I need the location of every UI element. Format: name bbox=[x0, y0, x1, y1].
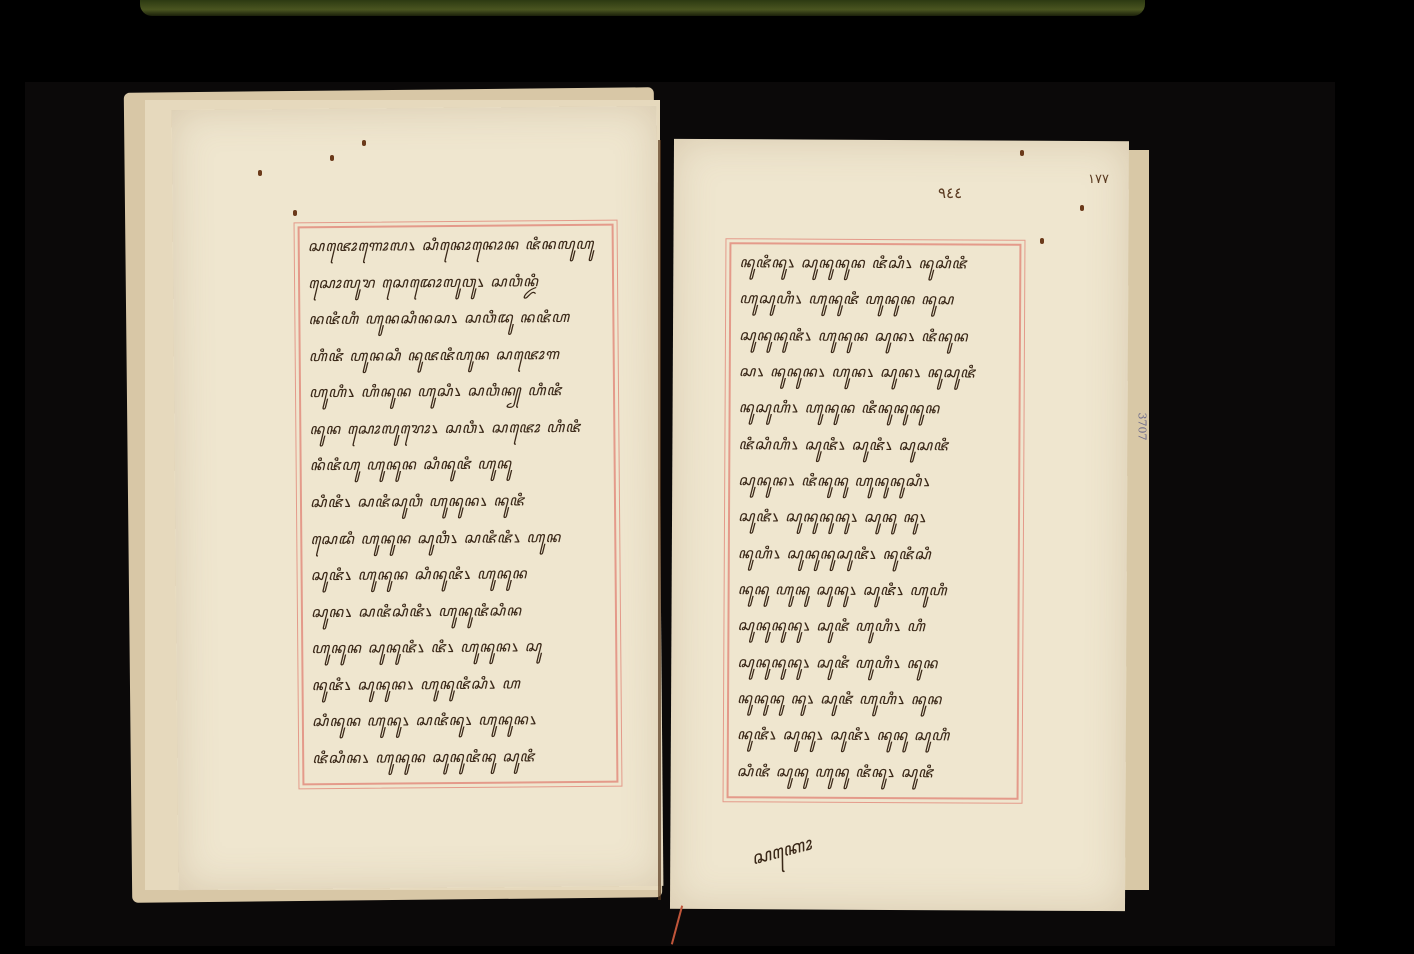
text-line: ꦤꦸꦗꦶ꧈ ꦱꦸꦤꦸ꧈ ꦱꦸꦗꦶ꧈ ꦤꦸꦤꦸ ꦱꦸꦲꦶ bbox=[737, 723, 1009, 755]
text-line: ꦗꦶꦱꦶꦲꦶ꧈ ꦱꦸꦗꦶ꧈ ꦱꦸꦗꦶ꧈ ꦱꦸꦱꦗꦶ bbox=[738, 432, 1010, 464]
text-line: ꦱꦸꦤꦸꦤꦸꦗꦶ꧈ ꦲꦸꦤꦸꦤ ꦱꦸꦤ꧈ ꦗꦶꦤꦸꦤ bbox=[739, 323, 1011, 355]
text-line: ꦤꦶꦗꦶꦲꦸ ꦲꦸꦤꦸꦤ ꦱꦶꦤꦸꦗꦶ ꦲꦸꦤꦸ bbox=[310, 451, 606, 485]
text-line: ꦤꦸꦗꦶꦤꦸ꧈ ꦱꦸꦤꦸꦤꦸꦤ ꦗꦶꦱꦶ꧈ ꦤꦸꦱꦶꦗꦶ bbox=[739, 250, 1011, 282]
text-line: ꦤꦸꦤꦸꦤꦸ ꦤꦸ꧈ ꦱꦸꦗꦶ ꦲꦸꦲꦶ꧈ ꦤꦸꦤ bbox=[737, 686, 1009, 718]
text-line: ꦱꦺꦴꦭꦸꦫ ꦱꦺꦢꦺꦴꦭꦸꦮꦸ꧈ ꦱꦮꦶꦤ꧀ꦢꦶ bbox=[308, 268, 604, 302]
ink-spot bbox=[1040, 238, 1044, 244]
text-line: ꦱꦶꦗꦶ ꦱꦸꦤꦸ ꦲꦸꦤꦸ ꦗꦶꦤꦸ꧈ ꦱꦸꦗꦶ bbox=[737, 759, 1009, 791]
text-line: ꦲꦸꦤꦸꦤ ꦱꦸꦤꦸꦗꦶ꧈ ꦗꦶ꧈ ꦲꦸꦤꦸꦤ꧈ ꦱꦸ bbox=[311, 634, 607, 668]
text-line: ꦲꦸꦱꦸꦲꦶ꧈ ꦲꦸꦤꦸꦗꦶ ꦲꦸꦤꦸꦤ ꦤꦸꦱ bbox=[739, 287, 1011, 319]
text-line: ꦤꦸꦤꦸ ꦲꦸꦤꦸ ꦱꦸꦤꦸ꧈ ꦱꦸꦗꦶ꧈ ꦲꦸꦲꦶ bbox=[738, 577, 1010, 609]
text-line: ꦗꦶꦱꦶꦤ꧈ ꦲꦸꦤꦸꦤ ꦱꦸꦤꦸꦗꦶꦤꦸ ꦱꦸꦗꦶ bbox=[312, 744, 608, 778]
text-line: ꦱ꧈ ꦤꦸꦤꦸꦤ꧈ ꦲꦸꦤ꧈ ꦱꦸꦤ꧈ ꦤꦸꦱꦸꦗꦶ bbox=[739, 359, 1011, 391]
ink-spot bbox=[330, 155, 334, 161]
text-line: ꦱꦸꦤꦸꦤꦸꦤꦸ꧈ ꦱꦸꦗꦶ ꦲꦸꦲꦶ꧈ ꦤꦸꦤ bbox=[737, 650, 1009, 682]
text-line: ꦱꦶꦤꦸꦤ ꦲꦸꦤꦸ꧈ ꦱꦗꦶꦤꦸ꧈ ꦲꦸꦤꦸꦤ꧈ bbox=[312, 707, 608, 741]
ink-spot bbox=[1020, 150, 1024, 156]
folio-number: ٩٤٤ bbox=[938, 184, 962, 202]
text-line: ꦱꦸꦗꦶ꧈ ꦱꦸꦤꦸꦤꦸꦤꦸ꧈ ꦱꦸꦤꦸ ꦤꦸ꧈ bbox=[738, 505, 1010, 537]
text-line: ꦤꦸꦗꦶ꧈ ꦱꦸꦤꦸꦤ꧈ ꦲꦸꦤꦸꦗꦶꦱꦶ꧈ ꦲ bbox=[311, 670, 607, 704]
ink-spot bbox=[1080, 205, 1084, 211]
text-line: ꦤꦸꦱꦸꦲꦶ꧈ ꦲꦸꦤꦸꦤ ꦗꦶꦤꦸꦤꦸꦤꦸꦤ bbox=[738, 396, 1010, 428]
text-line: ꦱꦶꦗꦶ꧈ ꦱꦗꦶꦱꦸꦮꦶ ꦲꦸꦤꦸꦤ꧈ ꦤꦸꦗꦶ bbox=[310, 488, 606, 522]
text-line: ꦤꦗꦶꦲꦶ ꦲꦸꦤꦱꦶꦤꦱ꧈ ꦱꦮꦶꦢꦸ ꦤꦗꦶꦲ bbox=[308, 305, 604, 339]
left-text-block: ꦱꦗꦺꦴꦒꦺꦴꦭ꧈ ꦱꦶꦤꦺꦴꦤꦺꦴꦤ ꦗꦶꦤꦭꦸꦲꦸ ꦱꦺꦴꦭꦸꦫ ꦱꦺꦢꦺꦴ… bbox=[298, 224, 619, 786]
text-line: ꦲꦶꦗꦶ ꦲꦸꦤꦱꦶ ꦤꦸꦗꦗꦶꦲꦸꦤ ꦱꦗꦺꦴꦒ bbox=[309, 341, 605, 375]
ink-spot bbox=[293, 210, 297, 216]
ink-spot bbox=[362, 140, 366, 146]
text-line: ꦤꦸꦤ ꦱꦺꦴꦭꦸꦫꦺꦴ꧈ ꦱꦮꦶ꧈ ꦱꦗꦺꦴ ꦲꦶꦗꦶ bbox=[309, 415, 605, 449]
library-stamp: 3707 bbox=[1136, 413, 1149, 441]
ink-spot bbox=[258, 170, 262, 176]
binding-spine bbox=[658, 140, 661, 900]
text-line: ꦱꦗꦺꦴꦒꦺꦴꦭ꧈ ꦱꦶꦤꦺꦴꦤꦺꦴꦤ ꦗꦶꦤꦭꦸꦲꦸ bbox=[308, 232, 604, 266]
right-text-block: ꦤꦸꦗꦶꦤꦸ꧈ ꦱꦸꦤꦸꦤꦸꦤ ꦗꦶꦱꦶ꧈ ꦤꦸꦱꦶꦗꦶ ꦲꦸꦱꦸꦲꦶ꧈ ꦲꦸꦤ… bbox=[727, 242, 1022, 800]
text-line: ꦱꦸꦤꦸꦤꦸꦤꦸ꧈ ꦱꦸꦗꦶ ꦲꦸꦲꦶ꧈ ꦲꦶ bbox=[737, 614, 1009, 646]
top-frame-bar bbox=[140, 0, 1145, 16]
text-line: ꦱꦸꦤꦸꦤ꧈ ꦗꦶꦤꦸꦤꦸ ꦲꦸꦤꦸꦤꦸꦱꦶ꧈ bbox=[738, 468, 1010, 500]
text-line: ꦱꦸꦗꦶ꧈ ꦲꦸꦤꦸꦤ ꦱꦶꦤꦸꦗꦶ꧈ ꦲꦸꦤꦸꦤ bbox=[311, 561, 607, 595]
text-line: ꦱꦺꦢꦶ ꦲꦸꦤꦸꦤ ꦱꦸꦮꦶ꧈ ꦱꦗꦶꦗꦶ꧈ ꦲꦸꦤ bbox=[310, 524, 606, 558]
text-line: ꦲꦸꦲꦶ꧈ ꦲꦶꦤꦸꦤ ꦲꦸꦱꦶ꧈ ꦱꦮꦶꦤ꧀ ꦲꦶꦗꦶ bbox=[309, 378, 605, 412]
text-line: ꦤꦸꦲꦶ꧈ ꦱꦸꦤꦸꦤꦸꦱꦸꦗꦶ꧈ ꦤꦸꦗꦶꦱꦶ bbox=[738, 541, 1010, 573]
corner-number: ١٧٧ bbox=[1088, 172, 1109, 187]
text-line: ꦱꦸꦤ꧈ ꦱꦗꦶꦱꦶꦗꦶ꧈ ꦲꦸꦤꦸꦗꦶꦱꦶꦤ bbox=[311, 597, 607, 631]
